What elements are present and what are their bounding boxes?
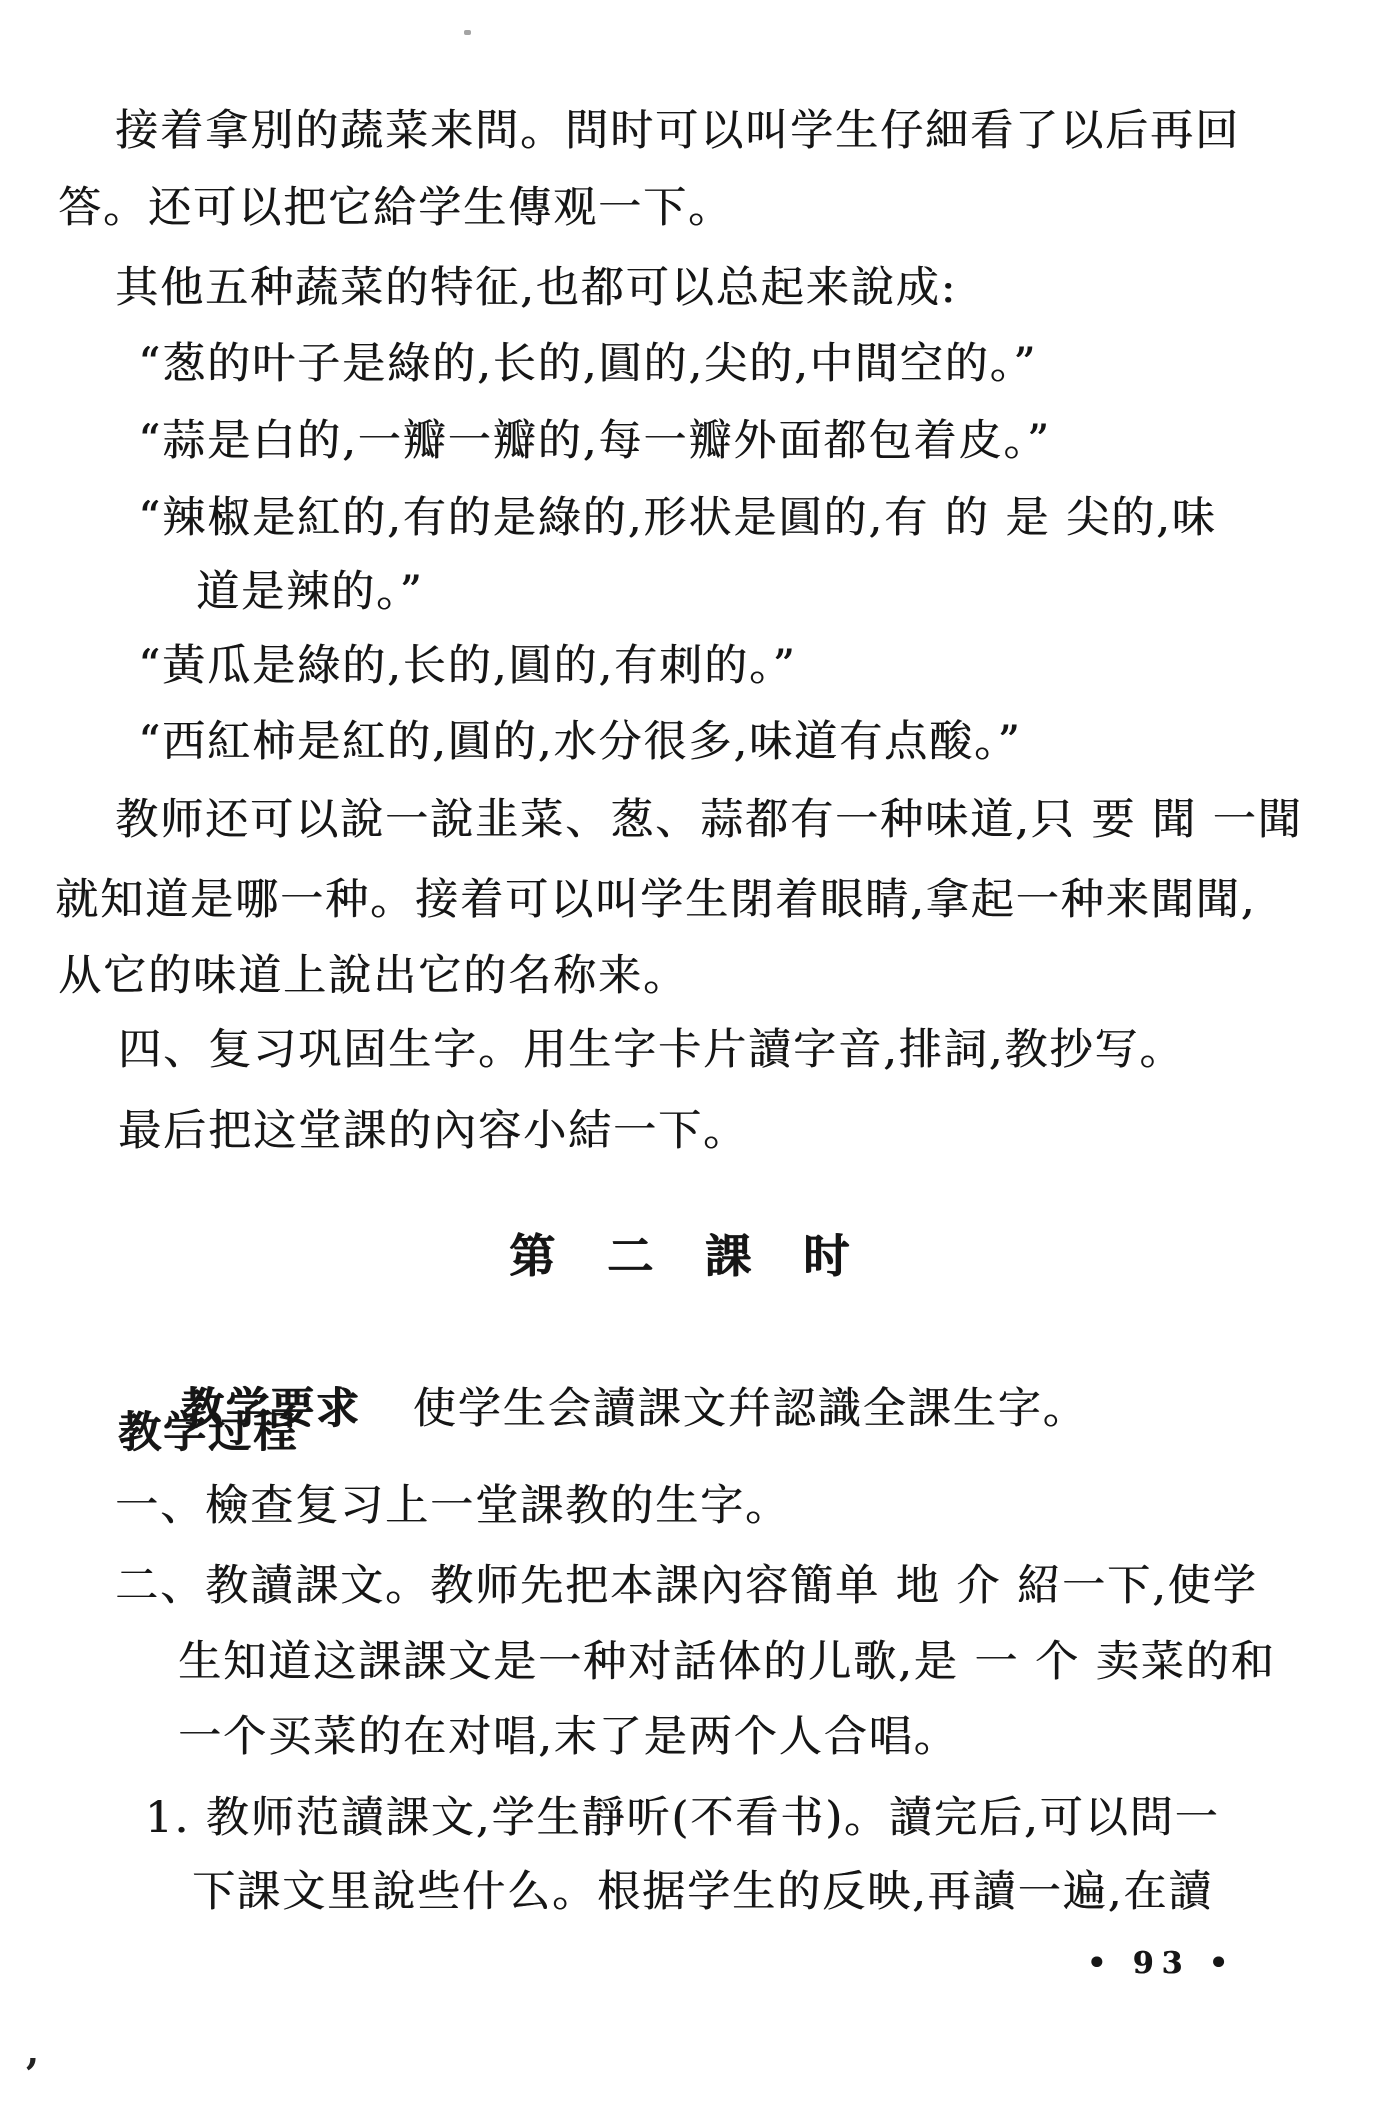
quote-line-cucumber: “黃瓜是綠的,长的,圓的,有刺的。” <box>138 640 796 692</box>
step-two-line: 二、教讀課文。教师先把本課內容簡单 地 介 紹一下,使学 <box>115 1560 1258 1612</box>
quote-line-pepper-2: 道是辣的。” <box>196 566 423 618</box>
page-number: • 93 • <box>1087 1946 1236 1981</box>
quote-line-onion: “葱的叶子是綠的,长的,圓的,尖的,中間空的。” <box>138 338 1037 390</box>
quote-line-garlic: “蒜是白的,一瓣一瓣的,每一瓣外面都包着皮。” <box>138 415 1051 467</box>
paragraph-line: 就知道是哪一种。接着可以叫学生閉着眼睛,拿起一种来聞聞, <box>55 874 1256 926</box>
paragraph-line: 接着拿別的蔬菜来問。問时可以叫学生仔細看了以后再回 <box>115 105 1240 157</box>
teaching-process-heading: 教学过程 <box>118 1407 298 1459</box>
step-four-line: 四、复习巩固生字。用生字卡片讀字音,排詞,教抄写。 <box>118 1024 1184 1076</box>
teaching-requirements-text: 使学生会讀課文幷認識全課生字。 <box>413 1384 1088 1434</box>
quote-line-pepper-1: “辣椒是紅的,有的是綠的,形状是圓的,有 的 是 尖的,味 <box>138 492 1217 544</box>
ink-speck-dot <box>464 30 471 35</box>
step-one-line: 一、檢查复习上一堂課教的生字。 <box>115 1480 790 1532</box>
step-two-continuation: 一个买菜的在对唱,末了是两个人合唱。 <box>178 1711 959 1763</box>
quote-line-tomato: “西紅柿是紅的,圓的,水分很多,味道有点酸。” <box>138 716 1021 768</box>
paragraph-line: 最后把这堂課的內容小結一下。 <box>118 1105 748 1157</box>
scanned-book-page: 接着拿別的蔬菜来問。問时可以叫学生仔細看了以后再回 答。还可以把它給学生傳观一下… <box>0 0 1376 2112</box>
ink-speck-comma: , <box>26 2028 39 2073</box>
step-two-continuation: 生知道这課課文是一种对話体的儿歌,是 一 个 卖菜的和 <box>178 1636 1276 1688</box>
paragraph-line: 教师还可以說一說韭菜、葱、蒜都有一种味道,只 要 聞 一聞 <box>115 794 1303 846</box>
paragraph-line: 从它的味道上說出它的名称来。 <box>58 950 688 1002</box>
substep-1-line: 1. 教师范讀課文,学生靜听(不看书)。讀完后,可以問一 <box>145 1792 1220 1844</box>
section-heading-second-period: 第 二 課 时 <box>0 1220 1376 1286</box>
paragraph-line: 其他五种蔬菜的特征,也都可以总起来說成: <box>115 262 957 314</box>
substep-1-continuation: 下課文里說些什么。根据学生的反映,再讀一遍,在讀 <box>192 1866 1213 1918</box>
paragraph-line: 答。还可以把它給学生傳观一下。 <box>58 182 733 234</box>
